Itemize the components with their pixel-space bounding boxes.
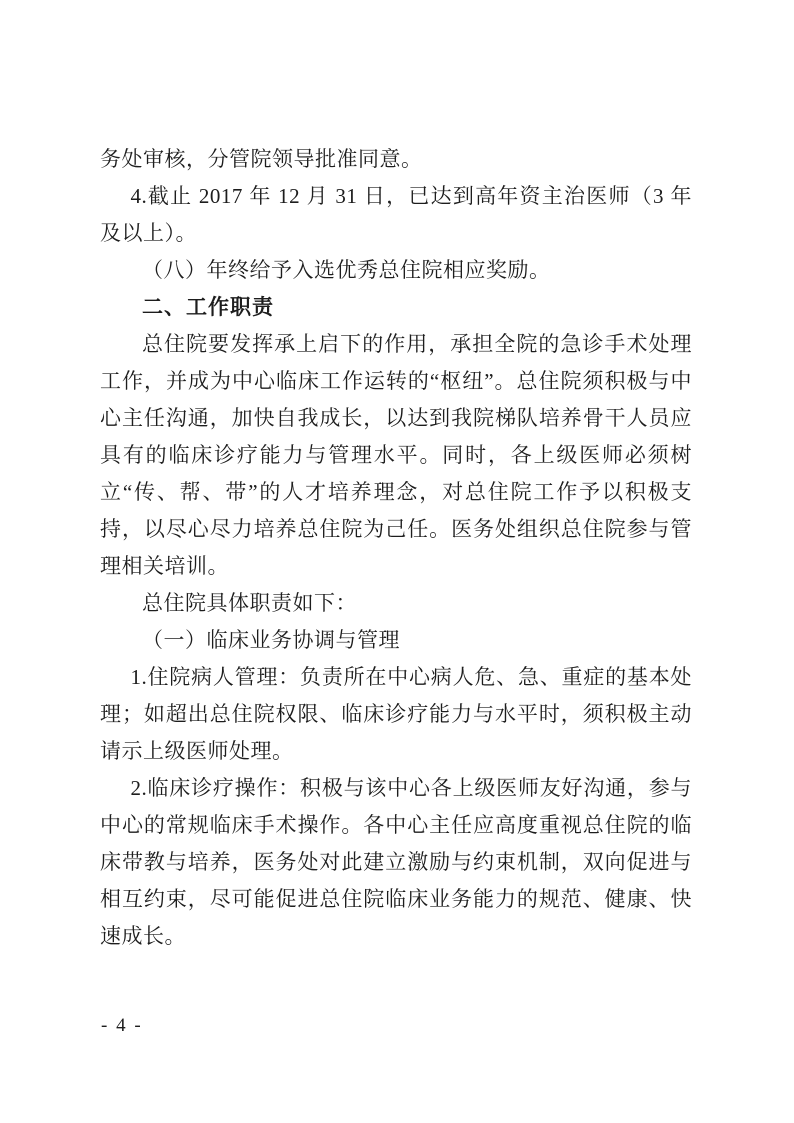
paragraph: （一）临床业务协调与管理 xyxy=(100,622,692,659)
paragraph: 2.临床诊疗操作：积极与该中心各上级医师友好沟通，参与中心的常规临床手术操作。各… xyxy=(100,770,692,955)
page-number: - 4 - xyxy=(101,1015,143,1036)
page-footer: - 4 - xyxy=(101,1014,143,1038)
section-heading: 二、工作职责 xyxy=(100,289,692,326)
paragraph: （八）年终给予入选优秀总住院相应奖励。 xyxy=(100,252,692,289)
document-page: 务处审核，分管院领导批准同意。4.截止 2017 年 12 月 31 日，已达到… xyxy=(0,0,794,1123)
paragraph: 4.截止 2017 年 12 月 31 日，已达到高年资主治医师（3 年及以上）… xyxy=(100,178,692,252)
document-body: 务处审核，分管院领导批准同意。4.截止 2017 年 12 月 31 日，已达到… xyxy=(100,141,692,955)
paragraph: 总住院具体职责如下： xyxy=(100,585,692,622)
paragraph: 总住院要发挥承上启下的作用，承担全院的急诊手术处理工作，并成为中心临床工作运转的… xyxy=(100,326,692,585)
paragraph: 1.住院病人管理：负责所在中心病人危、急、重症的基本处理；如超出总住院权限、临床… xyxy=(100,659,692,770)
paragraph: 务处审核，分管院领导批准同意。 xyxy=(100,141,692,178)
